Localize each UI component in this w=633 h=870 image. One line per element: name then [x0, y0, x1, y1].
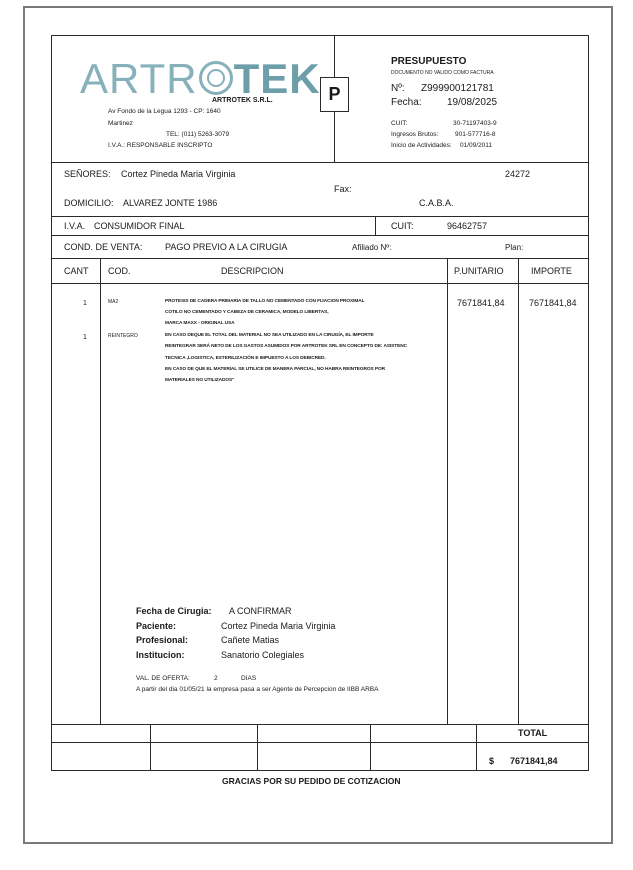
- profesional-label: Profesional:: [136, 635, 188, 645]
- iibb-label: Ingresos Brutos:: [391, 131, 438, 138]
- col-header-descripcion: DESCRIPCION: [221, 266, 284, 276]
- row-desc-line: MATERIALES NO UTILIZADOS": [165, 378, 234, 383]
- company-city: Martinez: [108, 120, 133, 127]
- company-cuit: 30-71197403-9: [453, 120, 497, 127]
- iibb-value: 901-577716-8: [455, 131, 495, 138]
- footer-message: GRACIAS POR SU PEDIDO DE COTIZACION: [222, 776, 401, 786]
- row-desc-line: REINTEGRAR SERÁ NETO DE LOS GASTOS ASUMI…: [165, 344, 407, 349]
- cond-venta-value: PAGO PREVIO A LA CIRUGIA: [165, 242, 287, 252]
- company-phone: TEL: (011) 5263-3079: [166, 131, 229, 138]
- senores-label: SEÑORES:: [64, 169, 111, 179]
- col-header-punitario: P.UNITARIO: [454, 266, 504, 276]
- company-cuit-label: CUIT:: [391, 120, 407, 127]
- row-amount: 7671841,84: [529, 298, 577, 308]
- total-currency: $: [489, 756, 494, 766]
- institucion-label: Institucion:: [136, 650, 185, 660]
- domicilio-value: ALVAREZ JONTE 1986: [123, 198, 217, 208]
- col-header-cant: CANT: [64, 266, 89, 276]
- row-desc-line: EN CASO DE QUE EL MATERIAL SE UTILICE DE…: [165, 367, 385, 372]
- total-value: 7671841,84: [510, 756, 558, 766]
- row-desc-line: EN CASO DEQUE EL TOTAL DEL MATERIAL NO S…: [165, 333, 374, 338]
- locality: C.A.B.A.: [419, 198, 454, 208]
- row-cod: REINTEGRO: [108, 333, 138, 339]
- fecha-cirugia-value: A CONFIRMAR: [229, 606, 292, 616]
- domicilio-label: DOMICILIO:: [64, 198, 114, 208]
- row-unit-price: 7671841,84: [457, 298, 505, 308]
- row-cant: 1: [83, 300, 87, 307]
- total-label: TOTAL: [518, 728, 547, 738]
- logo-ring-icon: [199, 61, 233, 95]
- client-iva-label: I.V.A.: [64, 221, 85, 231]
- row-desc-line: COTILO NO CEMENTADO Y CABEZA DE CERAMICA…: [165, 310, 328, 315]
- document-number: Z999900121781: [421, 83, 494, 94]
- row-desc-line: MARCA MAXX - ORIGINAL USA: [165, 321, 234, 326]
- col-header-cod: COD.: [108, 266, 131, 276]
- validez-unit: DIAS: [241, 675, 256, 682]
- row-cant: 1: [83, 334, 87, 341]
- document-title: PRESUPUESTO: [391, 56, 466, 67]
- row-desc-line: PROTESIS DE CADERA PRIMARIA DE TALLO NO …: [165, 299, 364, 304]
- paciente-label: Paciente:: [136, 621, 176, 631]
- company-iva: I.V.A.: RESPONSABLE INSCRIPTO: [108, 142, 212, 149]
- inicio-label: Inicio de Actividades:: [391, 142, 452, 149]
- document-type-badge: P: [320, 77, 349, 112]
- company-logo: ARTRTEK: [80, 58, 321, 100]
- document-date: 19/08/2025: [447, 97, 497, 108]
- institucion-value: Sanatorio Colegiales: [221, 650, 304, 660]
- inicio-value: 01/09/2011: [460, 142, 492, 149]
- client-cuit: 96462757: [447, 221, 487, 231]
- logo-text-bold: TEK: [234, 55, 321, 102]
- cond-venta-label: COND. DE VENTA:: [64, 242, 142, 252]
- number-label: Nº:: [391, 83, 405, 94]
- fecha-cirugia-label: Fecha de Cirugia:: [136, 606, 212, 616]
- date-label: Fecha:: [391, 97, 422, 108]
- logo-text-light: ARTR: [80, 55, 198, 102]
- validez-label: VAL. DE OFERTA:: [136, 675, 190, 682]
- profesional-value: Cañete Matias: [221, 635, 279, 645]
- company-legal-name: ARTROTEK S.R.L.: [212, 97, 273, 104]
- document-subtitle: DOCUMENTO NO VALIDO COMO FACTURA: [391, 70, 494, 76]
- client-cuit-label: CUIT:: [391, 221, 414, 231]
- row-cod: MA2: [108, 299, 118, 305]
- paciente-value: Cortez Pineda Maria Virginia: [221, 621, 335, 631]
- col-header-importe: IMPORTE: [531, 266, 572, 276]
- client-iva-value: CONSUMIDOR FINAL: [94, 221, 185, 231]
- page-frame: [23, 6, 613, 844]
- fax-label: Fax:: [334, 184, 352, 194]
- afiliado-label: Afiliado Nº:: [352, 243, 391, 252]
- company-address: Av Fondo de la Legua 1293 - CP: 1640: [108, 108, 221, 115]
- percepcion-note: A partir del dia 01/05/21 la empresa pas…: [136, 686, 378, 693]
- validez-value: 2: [214, 675, 218, 682]
- plan-label: Plan:: [505, 243, 523, 252]
- row-desc-line: TECNICA ,LOGISTICA, ESTERILIZACIÓN E IMP…: [165, 356, 326, 361]
- client-name: Cortez Pineda Maria Virginia: [121, 169, 235, 179]
- client-code: 24272: [505, 169, 530, 179]
